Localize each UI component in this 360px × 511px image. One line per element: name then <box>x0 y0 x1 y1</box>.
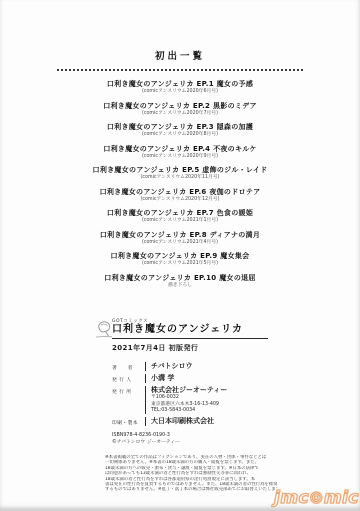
entry-source: (comicアンスリウム2020年12月号) <box>0 197 360 204</box>
entry-title: 口利き魔女のアンジェリカ EP.3 隠森の加護 <box>0 123 360 132</box>
credit-value-publisher-person: 小溝 学 <box>151 374 270 383</box>
list-entry: 口利き魔女のアンジェリカ EP.3 隠森の加護 (comicアンスリウム2020… <box>0 123 360 139</box>
entry-title: 口利き魔女のアンジェリカ EP.2 黒影のミデア <box>0 102 360 111</box>
credit-value-author: チバトシロウ <box>151 362 270 371</box>
list-entry: 口利き魔女のアンジェリカ EP.5 虚飾のジル・レイド (comicアンスリウム… <box>0 166 360 182</box>
entry-title: 口利き魔女のアンジェリカ EP.6 夜伽のドロテア <box>0 188 360 197</box>
page-bottom-edge <box>0 506 360 511</box>
edition-date: 2021年7月4日 初版発行 <box>112 343 270 353</box>
credit-value-printer-cell: 大日本印刷株式会社 <box>145 417 270 426</box>
book-title: 口利き魔女のアンジェリカ <box>112 324 270 336</box>
list-entry: 口利き魔女のアンジェリカ EP.4 不夜のキルケ (comicアンスリウム202… <box>0 145 360 161</box>
entry-title: 口利き魔女のアンジェリカ EP.9 魔女集会 <box>0 252 360 261</box>
copyright: ©チバトシロウ ジーオーティー <box>112 440 270 447</box>
disclaimer-line: は同意があっても13歳未満の者と性行為をすれば強制性交等罪に問われ、 <box>105 471 277 476</box>
colophon: GOTコミックス 口利き魔女のアンジェリカ 2021年7月4日 初版発行 著 者… <box>112 318 270 493</box>
entry-title: 口利き魔女のアンジェリカ EP.7 色食の媛姫 <box>0 209 360 218</box>
disclaimer-line: するものではありません。※乱丁・落丁本の場合は弊社販売部あてにお取替えいたします… <box>105 487 277 492</box>
entry-source: (comicアンスリウム2021年5月号) <box>0 261 360 268</box>
credit-label-author: 著 者 <box>112 362 145 371</box>
credit-label-publisher-person: 発 行 人 <box>112 374 145 383</box>
publication-list: 初出一覧 口利き魔女のアンジェリカ EP.1 魔女の予感 (comicアンスリウ… <box>0 48 360 295</box>
jmcomic-watermark: jmc⊙mic <box>274 488 359 508</box>
credit-value-publisher: 株式会社ジーオーティー <box>151 386 270 395</box>
entry-source: (comicアンスリウム2020年11月号) <box>0 175 360 182</box>
isbn-block: ISBN978-4-8236-0190-3 ©チバトシロウ ジーオーティー <box>112 433 270 446</box>
entry-source: (comicアンスリウム2020年8月号) <box>0 132 360 139</box>
entry-source: 描き下ろし <box>0 283 360 290</box>
credit-value-publisher-person-cell: 小溝 学 <box>145 374 270 383</box>
disclaimer: ※本書掲載の全ての作品はフィクションであり、実在の人物・団体・事件などとは 一切… <box>105 455 277 493</box>
credits-table: 著 者 チバトシロウ 発 行 人 小溝 学 発 行 所 株式会社ジーオーティー … <box>112 362 270 426</box>
entry-title: 口利き魔女のアンジェリカ EP.10 魔女の退屈 <box>0 274 360 283</box>
credit-value-printer: 大日本印刷株式会社 <box>151 417 270 426</box>
credit-label-publisher: 発 行 所 <box>112 386 145 414</box>
entry-source: (comicアンスリウム2020年9月号) <box>0 154 360 161</box>
dotted-divider <box>57 69 303 71</box>
entry-title: 口利き魔女のアンジェリカ EP.5 虚飾のジル・レイド <box>0 166 360 175</box>
list-entry: 口利き魔女のアンジェリカ EP.8 ディアナの満月 (comicアンスリウム20… <box>0 231 360 247</box>
colophon-page: 初出一覧 口利き魔女のアンジェリカ EP.1 魔女の予感 (comicアンスリウ… <box>0 0 360 511</box>
publisher-address: 東京都港区六本木3-16-13-409 <box>151 402 270 408</box>
section-title: 初出一覧 <box>0 48 360 62</box>
entry-source: (comicアンスリウム2020年6月号) <box>0 89 360 96</box>
entry-title: 口利き魔女のアンジェリカ EP.4 不夜のキルケ <box>0 145 360 154</box>
title-divider <box>112 338 268 339</box>
credit-label-printer: 印刷・製本 <box>112 417 145 426</box>
list-entry: 口利き魔女のアンジェリカ EP.2 黒影のミデア (comicアンスリウム202… <box>0 102 360 118</box>
credit-value-author-cell: チバトシロウ <box>145 362 270 371</box>
list-entry: 口利き魔女のアンジェリカ EP.9 魔女集会 (comicアンスリウム2021年… <box>0 252 360 268</box>
entry-source: (comicアンスリウム2020年7月号) <box>0 111 360 118</box>
entry-source: (comicアンスリウム2021年4月号) <box>0 240 360 247</box>
list-entry: 口利き魔女のアンジェリカ EP.6 夜伽のドロテア (comicアンスリウム20… <box>0 188 360 204</box>
credit-value-publisher-cell: 株式会社ジーオーティー 〒106-0032 東京都港区六本木3-16-13-40… <box>145 386 270 414</box>
entry-source: (comicアンスリウム2021年1月号) <box>0 218 360 225</box>
entry-title: 口利き魔女のアンジェリカ EP.8 ディアナの満月 <box>0 231 360 240</box>
entry-title: 口利き魔女のアンジェリカ EP.1 魔女の予感 <box>0 80 360 89</box>
publisher-phone: TEL:03-5843-0034 <box>151 408 270 414</box>
publisher-postal-code: 〒106-0032 <box>151 395 270 401</box>
list-entry: 口利き魔女のアンジェリカ EP.10 魔女の退屈 描き下ろし <box>0 274 360 290</box>
list-entry: 口利き魔女のアンジェリカ EP.7 色食の媛姫 (comicアンスリウム2021… <box>0 209 360 225</box>
imprint-logo-icon <box>95 319 113 339</box>
list-entry: 口利き魔女のアンジェリカ EP.1 魔女の予感 (comicアンスリウム2020… <box>0 80 360 96</box>
